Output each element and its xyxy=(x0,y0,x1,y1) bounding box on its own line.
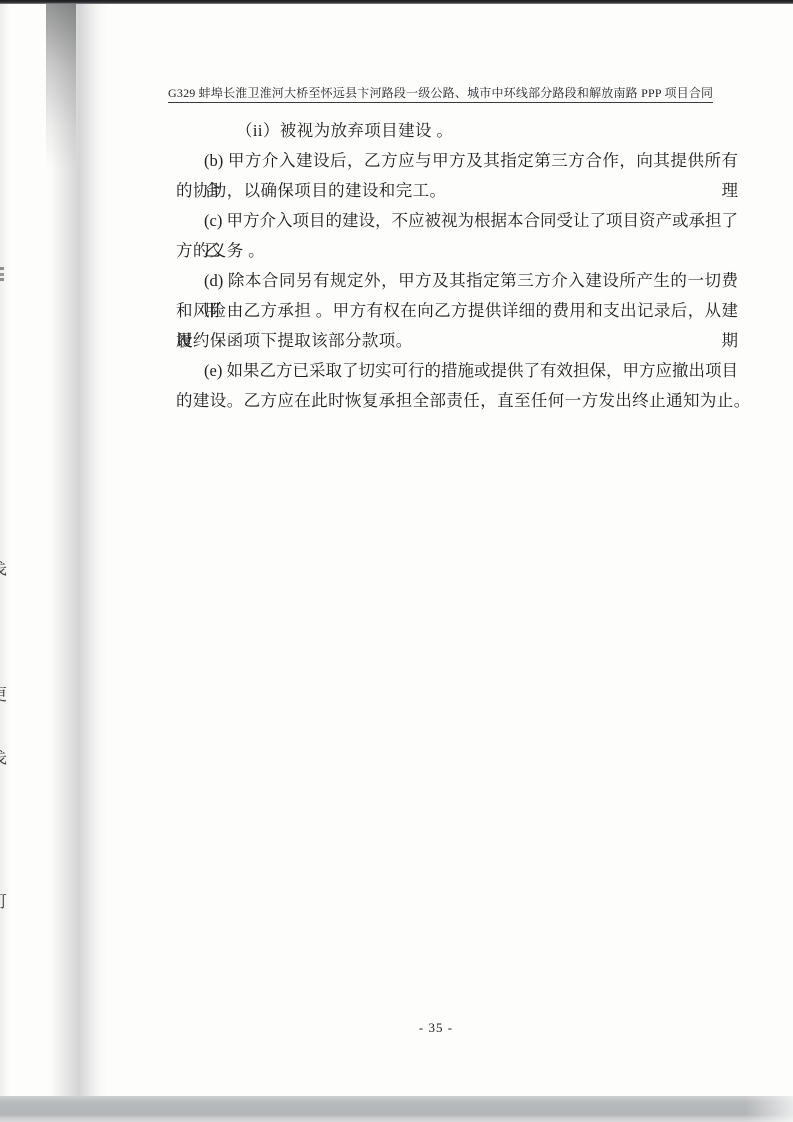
edge-ink-mark xyxy=(0,267,4,281)
text-line: （ii）被视为放弃项目建设 。 xyxy=(176,116,738,146)
scan-top-edge xyxy=(0,0,793,4)
text-line: (d) 除本合同另有规定外，甲方及其指定第三方介入建设所产生的一切费用 xyxy=(176,266,738,296)
edge-character-fragment: 戋 xyxy=(0,750,8,768)
header-title: G329 蚌埠长淮卫淮河大桥至怀远县卞河路段一级公路、城市中环线部分路段和解放南… xyxy=(168,84,713,103)
text-line: 方的义务 。 xyxy=(176,236,738,266)
scanned-contract-page: 戋 更 戋 可 G329 蚌埠长淮卫淮河大桥至怀远县卞河路段一级公路、城市中环线… xyxy=(0,0,793,1122)
text-line: 和风险由乙方承担 。甲方有权在向乙方提供详细的费用和支出记录后，从建设期 xyxy=(176,296,738,326)
text-line: (b) 甲方介入建设后，乙方应与甲方及其指定第三方合作，向其提供所有合理 xyxy=(176,146,738,176)
text-line: (c) 甲方介入项目的建设，不应被视为根据本合同受让了项目资产或承担了乙 xyxy=(176,206,738,236)
page-number: - 35 - xyxy=(376,1020,496,1036)
text-line: 的建设。乙方应在此时恢复承担全部责任，直至任何一方发出终止通知为止。 xyxy=(176,386,738,416)
edge-character-fragment: 戋 xyxy=(0,561,8,579)
scan-left-edge xyxy=(0,0,10,1096)
edge-character-fragment: 更 xyxy=(0,687,8,705)
edge-character-fragment: 可 xyxy=(0,894,8,912)
document-header: G329 蚌埠长淮卫淮河大桥至怀远县卞河路段一级公路、城市中环线部分路段和解放南… xyxy=(168,84,728,103)
text-line: (e) 如果乙方已采取了切实可行的措施或提供了有效担保，甲方应撤出项目 xyxy=(176,356,738,386)
scan-bottom-pages-edge xyxy=(0,1096,793,1122)
contract-body: （ii）被视为放弃项目建设 。 (b) 甲方介入建设后，乙方应与甲方及其指定第三… xyxy=(176,116,738,416)
binding-shadow-top xyxy=(46,0,76,170)
